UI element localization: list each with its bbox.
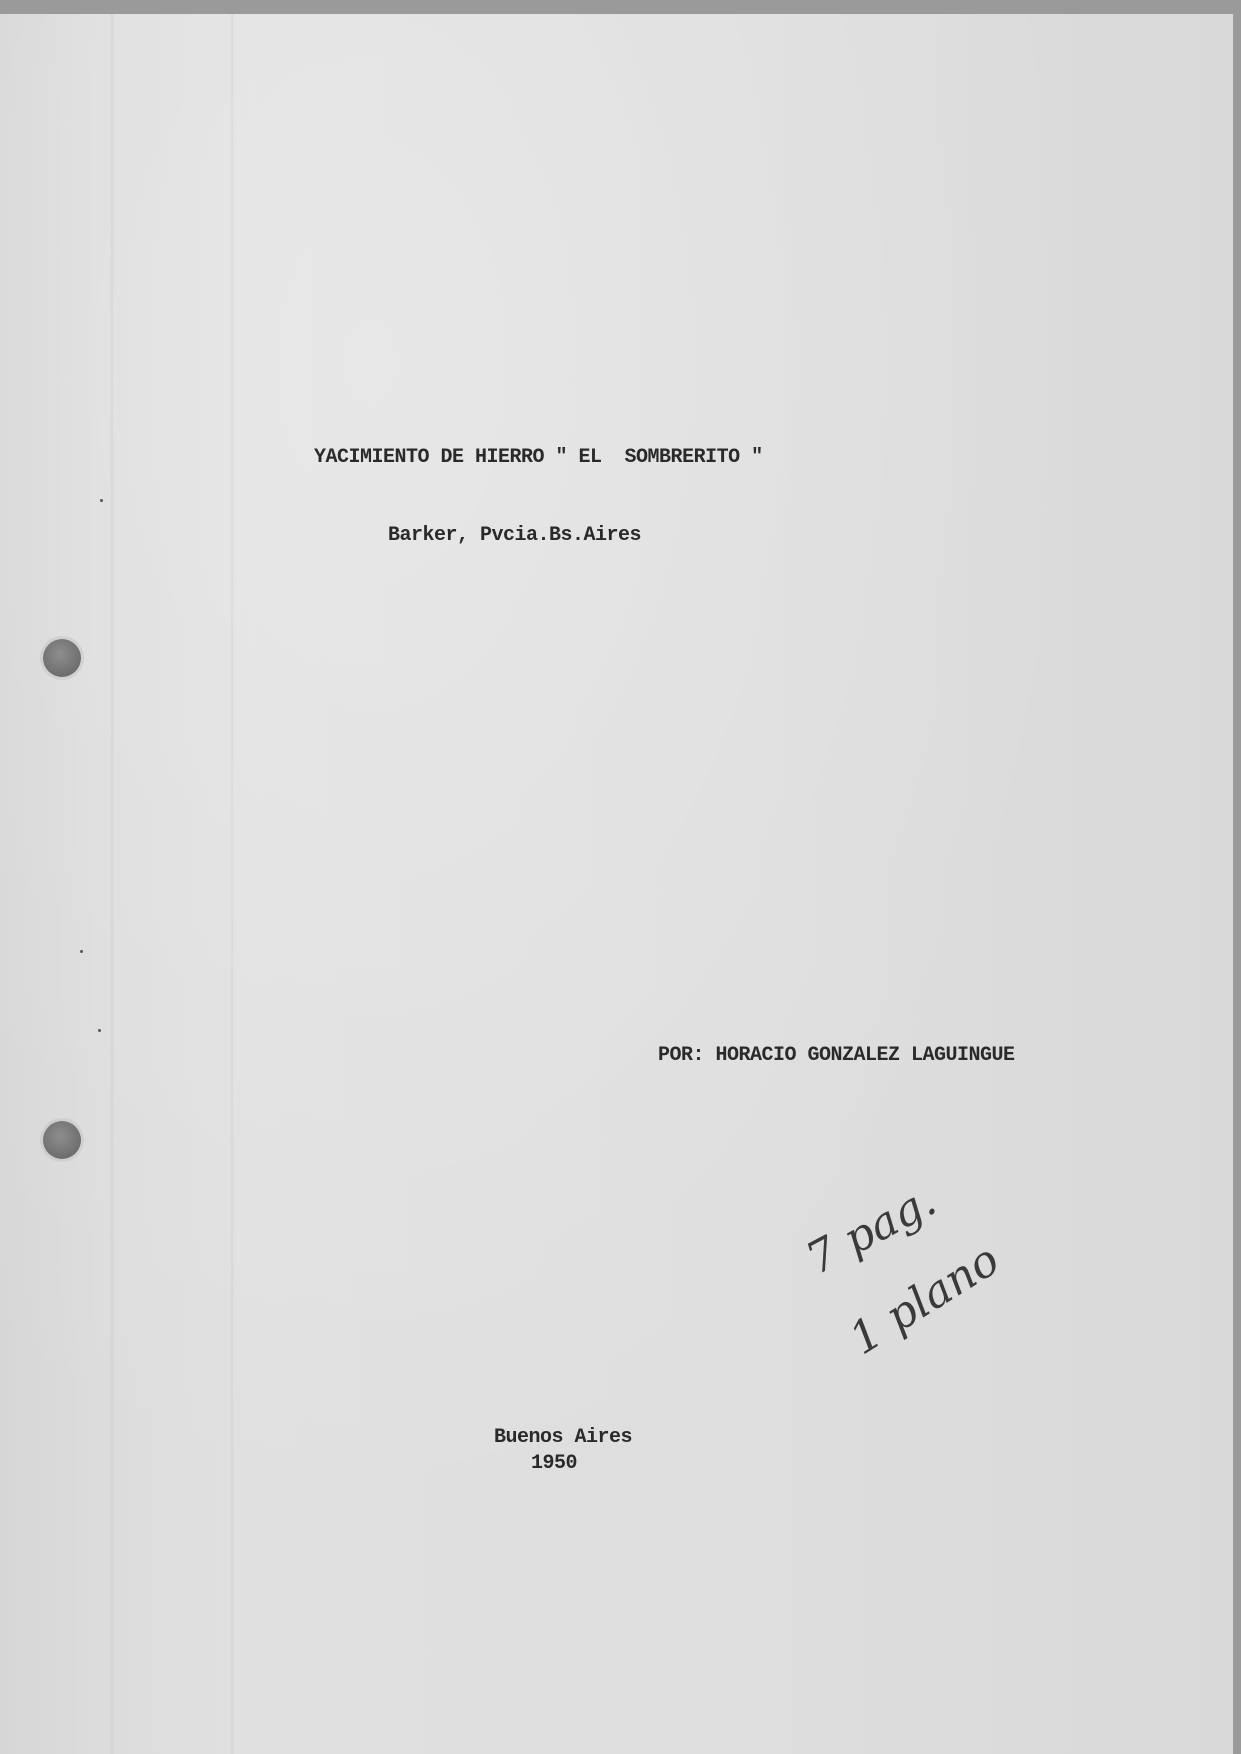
- ink-speck: [80, 950, 83, 953]
- document-location: Barker, Pvcia.Bs.Aires: [388, 524, 641, 547]
- scanned-page: YACIMIENTO DE HIERRO " EL SOMBRERITO " B…: [0, 14, 1233, 1754]
- author-line: POR: HORACIO GONZALEZ LAGUINGUE: [658, 1044, 1015, 1067]
- document-title: YACIMIENTO DE HIERRO " EL SOMBRERITO ": [314, 446, 763, 469]
- city: Buenos Aires: [494, 1426, 632, 1449]
- handwritten-page-count: 7 pag.: [798, 1175, 944, 1285]
- year: 1950: [531, 1452, 577, 1475]
- ink-speck: [98, 1029, 101, 1032]
- punch-hole-bottom: [43, 1121, 81, 1159]
- paper-crease: [230, 14, 234, 1754]
- punch-hole-top: [43, 639, 81, 677]
- ink-speck: [100, 499, 103, 502]
- paper-crease: [110, 14, 114, 1754]
